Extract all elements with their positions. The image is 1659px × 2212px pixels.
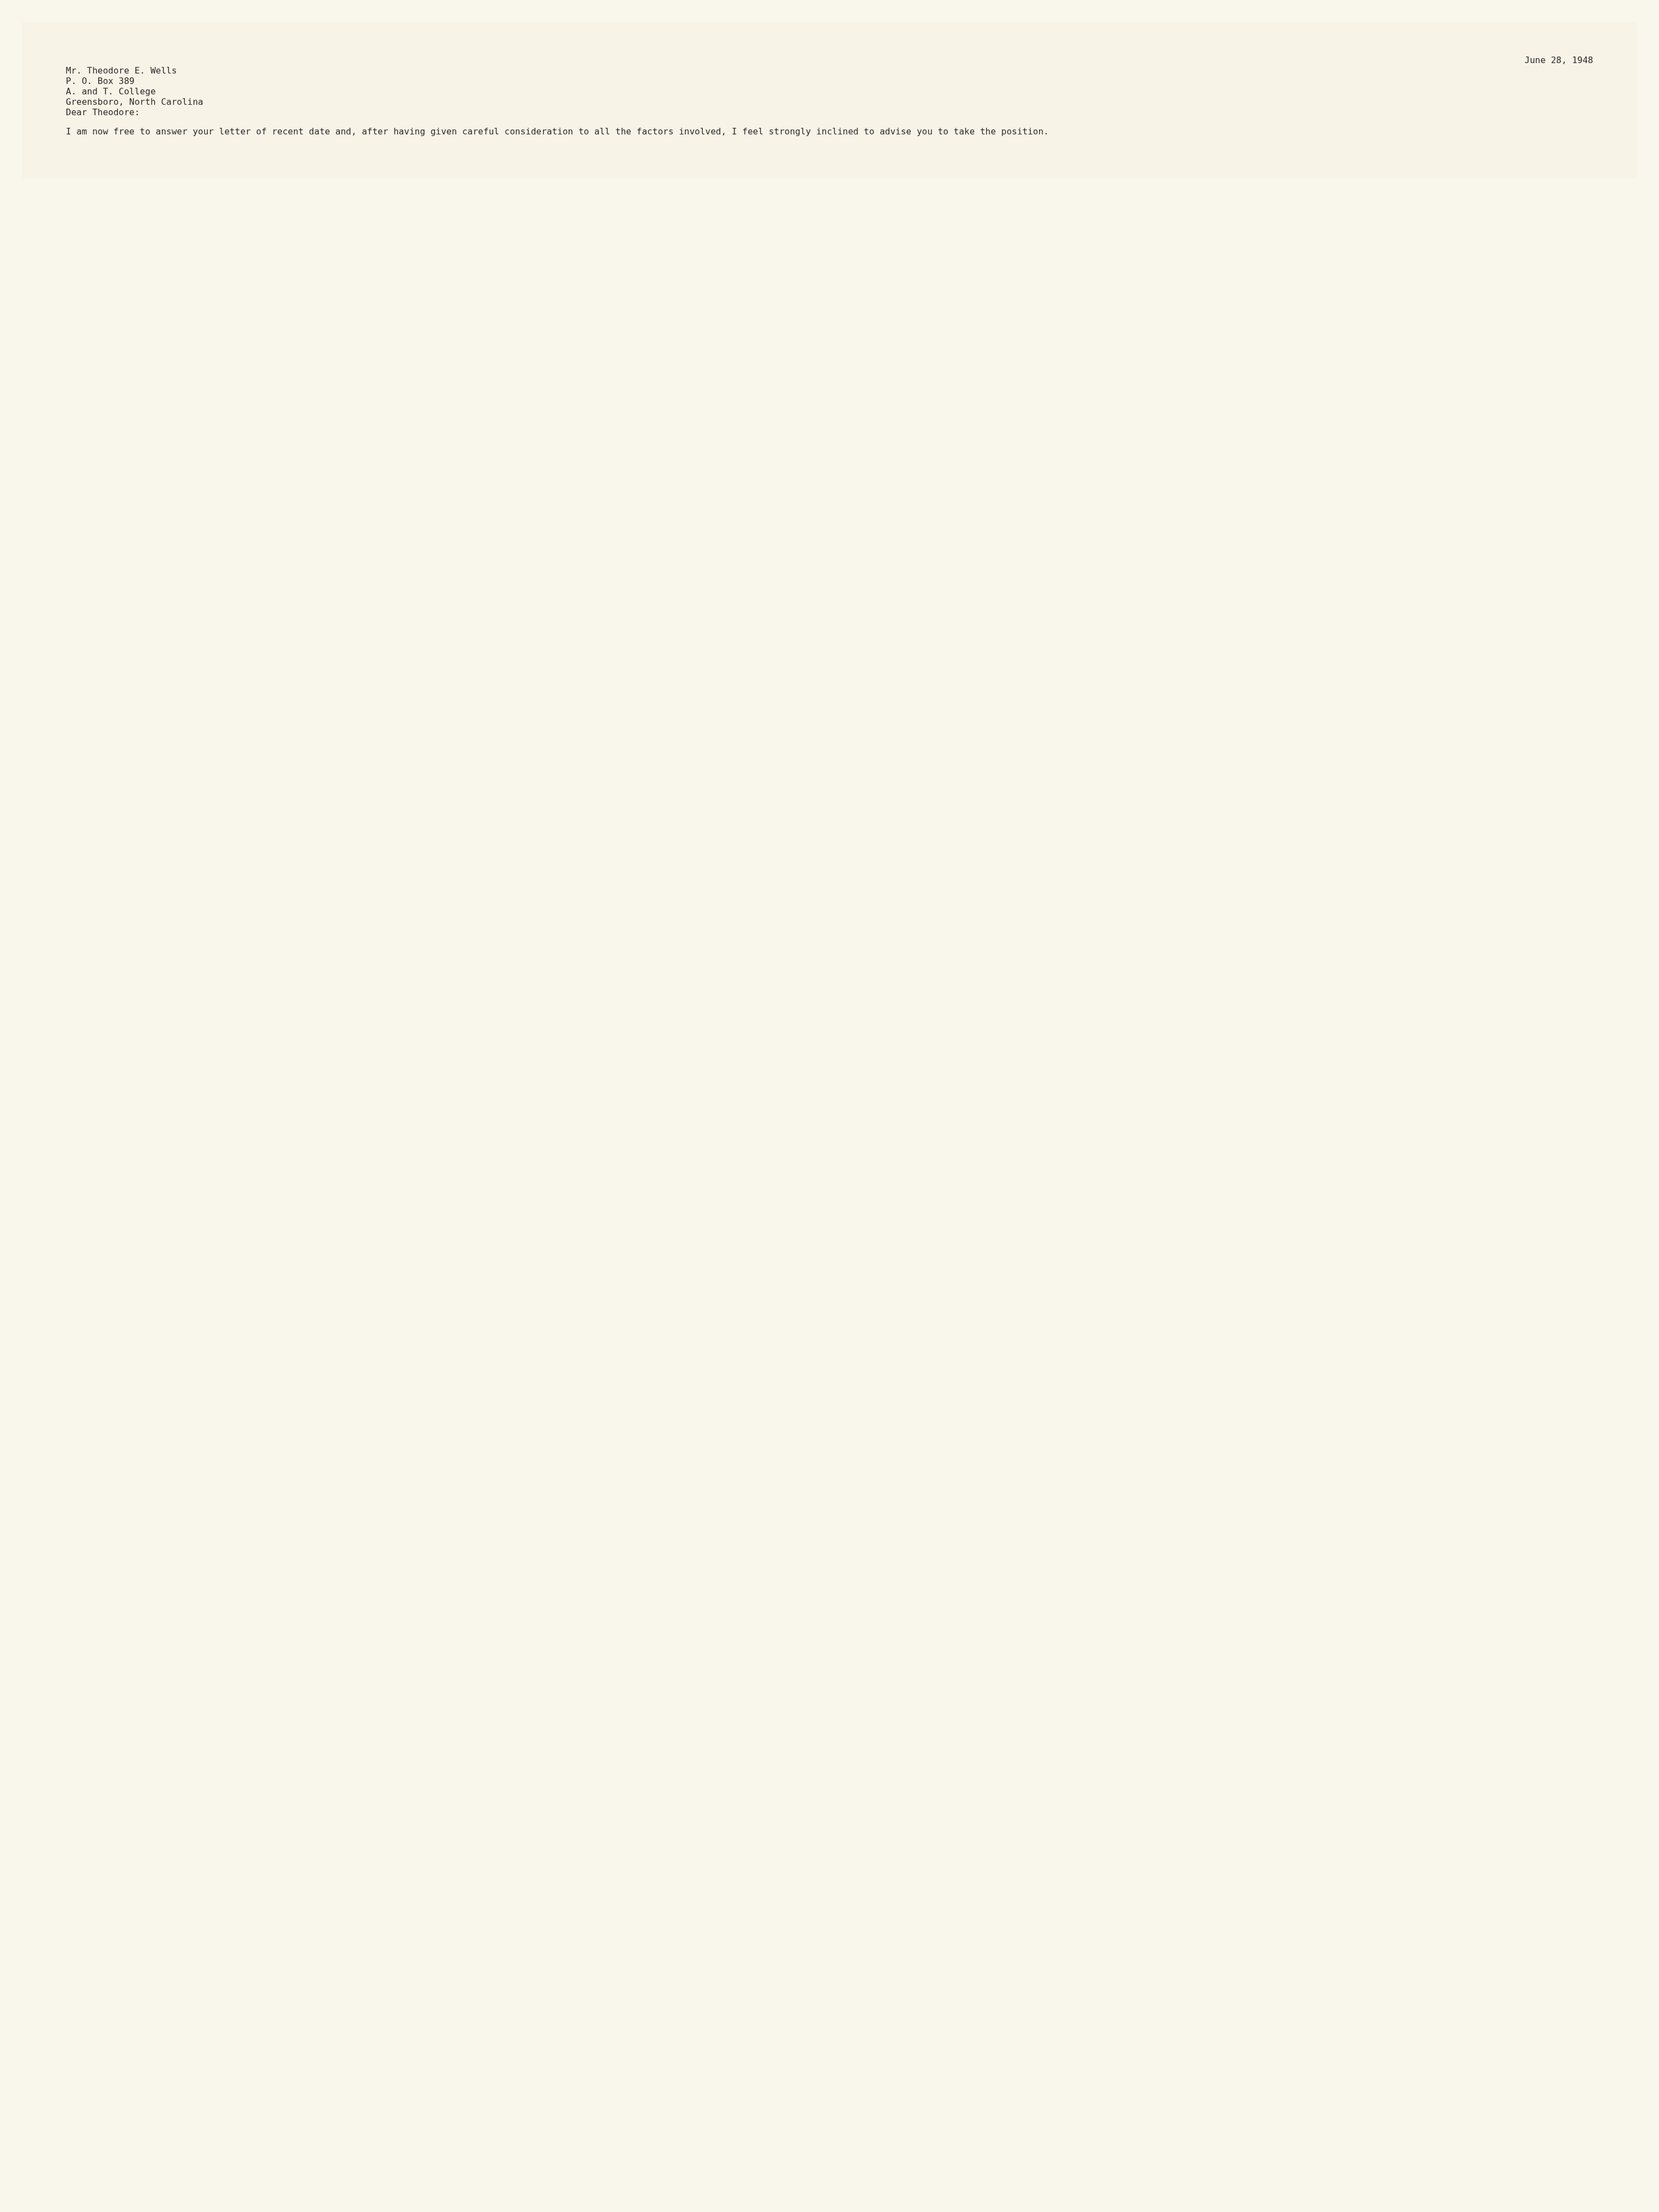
salutation: Dear Theodore: [66, 107, 1593, 117]
recipient-city: Greensboro, North Carolina [66, 97, 1593, 107]
letter-date: June 28, 1948 [66, 55, 1593, 65]
recipient-college: A. and T. College [66, 86, 1593, 97]
recipient-name: Mr. Theodore E. Wells [66, 65, 1593, 76]
recipient-box: P. O. Box 389 [66, 76, 1593, 86]
letter-page: June 28, 1948 Mr. Theodore E. Wells P. O… [22, 22, 1637, 178]
paragraph-1: I am now free to answer your letter of r… [66, 126, 1593, 137]
recipient-address: Mr. Theodore E. Wells P. O. Box 389 A. a… [66, 65, 1593, 107]
